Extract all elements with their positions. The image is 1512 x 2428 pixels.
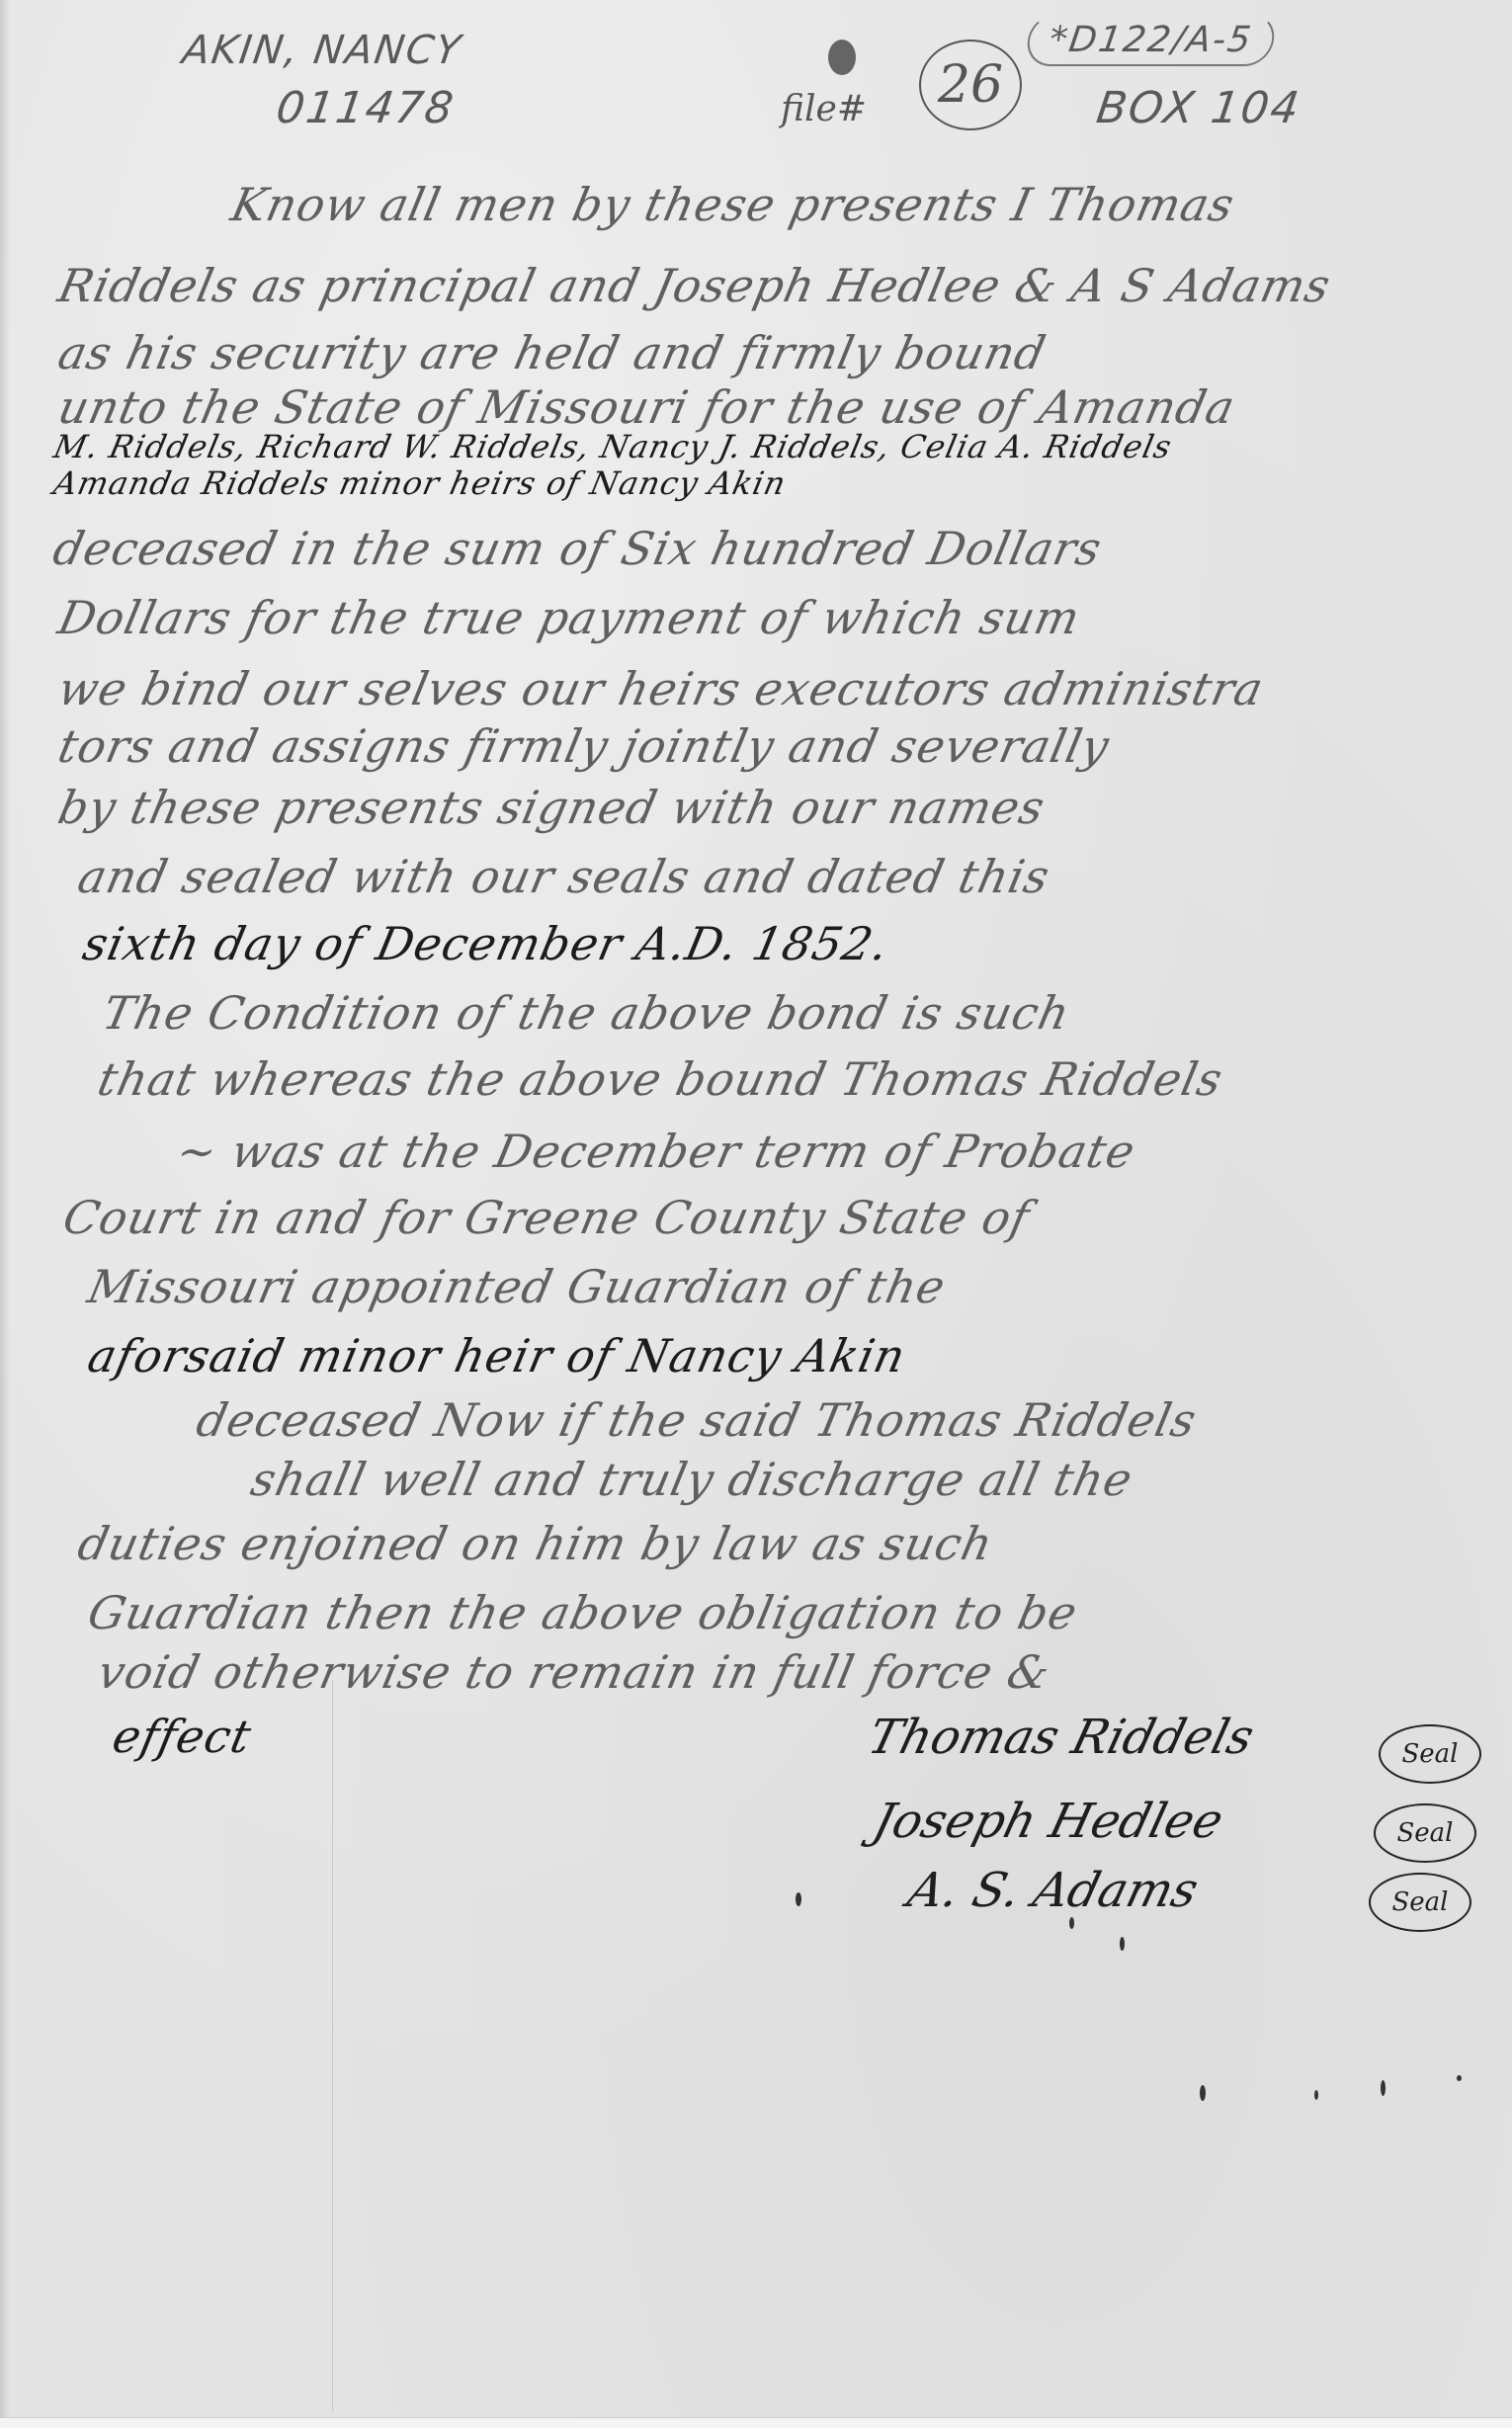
- seal-mark: Seal: [1369, 1873, 1471, 1932]
- bond-line: tors and assigns firmly jointly and seve…: [53, 719, 1114, 773]
- heirs-names-line: Amanda Riddels minor heirs of Nancy Akin: [50, 464, 790, 502]
- page-edge-shadow: [0, 0, 10, 2428]
- ink-speck: [1457, 2075, 1462, 2081]
- bond-line: The Condition of the above bond is such: [98, 986, 1075, 1040]
- bond-line: aforsaid minor heir of Nancy Akin: [83, 1329, 910, 1382]
- seal-mark: Seal: [1379, 1724, 1481, 1784]
- file-label: file#: [781, 89, 867, 129]
- file-number: 26: [938, 55, 1003, 115]
- bond-line: unto the State of Missouri for the use o…: [53, 380, 1240, 434]
- ink-speck: [1069, 1917, 1074, 1929]
- bond-line: by these presents signed with our names: [53, 781, 1050, 834]
- margin-fold-line: [332, 1680, 333, 2411]
- signature-a-s-adams: A. S. Adams: [902, 1863, 1204, 1918]
- bond-line: void otherwise to remain in full force &: [93, 1645, 1054, 1699]
- document-page: AKIN, NANCY 011478 file# 26 *D122/A-5 BO…: [0, 0, 1512, 2428]
- bond-line: and sealed with our seals and dated this: [73, 850, 1054, 903]
- bond-line: ~ was at the December term of Probate: [172, 1125, 1140, 1178]
- bond-line: Guardian then the above obligation to be: [83, 1586, 1082, 1639]
- bond-line: deceased Now if the said Thomas Riddels: [192, 1393, 1202, 1447]
- seal-mark: Seal: [1374, 1803, 1476, 1863]
- signature-joseph-hedlee: Joseph Hedlee: [868, 1794, 1228, 1849]
- file-number-circle: 26: [919, 40, 1022, 130]
- page-bottom-edge: [0, 2417, 1512, 2428]
- bond-line: Dollars for the true payment of which su…: [53, 591, 1085, 644]
- ink-blot-mark: [828, 40, 856, 75]
- signature-thomas-riddels: Thomas Riddels: [863, 1710, 1259, 1765]
- heirs-names-line: M. Riddels, Richard W. Riddels, Nancy J.…: [50, 428, 1175, 465]
- bond-line: Riddels as principal and Joseph Hedlee &…: [53, 259, 1335, 312]
- bond-line: shall well and truly discharge all the: [246, 1453, 1137, 1506]
- bond-line: Missouri appointed Guardian of the: [83, 1260, 951, 1313]
- archive-record-number: 011478: [273, 83, 458, 133]
- archive-code-annotation: *D122/A-5: [1024, 14, 1278, 66]
- ink-speck: [1381, 2080, 1386, 2096]
- ink-speck: [1120, 1937, 1125, 1951]
- bond-line: duties enjoined on him by law as such: [73, 1517, 998, 1570]
- bond-closing-line: effect: [108, 1710, 256, 1763]
- bond-line: deceased in the sum of Six hundred Dolla…: [48, 522, 1107, 575]
- archive-name-annotation: AKIN, NANCY: [180, 28, 465, 73]
- bond-line: that whereas the above bound Thomas Ridd…: [93, 1052, 1227, 1106]
- ink-speck: [796, 1892, 801, 1906]
- bond-line: as his security are held and firmly boun…: [53, 326, 1050, 379]
- ink-speck: [1314, 2090, 1318, 2100]
- bond-line: we bind our selves our heirs executors a…: [53, 662, 1268, 715]
- bond-date-line: sixth day of December A.D. 1852.: [78, 917, 893, 970]
- ink-speck: [1200, 2085, 1206, 2101]
- archive-box-annotation: BOX 104: [1093, 83, 1303, 133]
- bond-line: Court in and for Greene County State of: [58, 1191, 1035, 1244]
- bond-line: Know all men by these presents I Thomas: [226, 178, 1239, 231]
